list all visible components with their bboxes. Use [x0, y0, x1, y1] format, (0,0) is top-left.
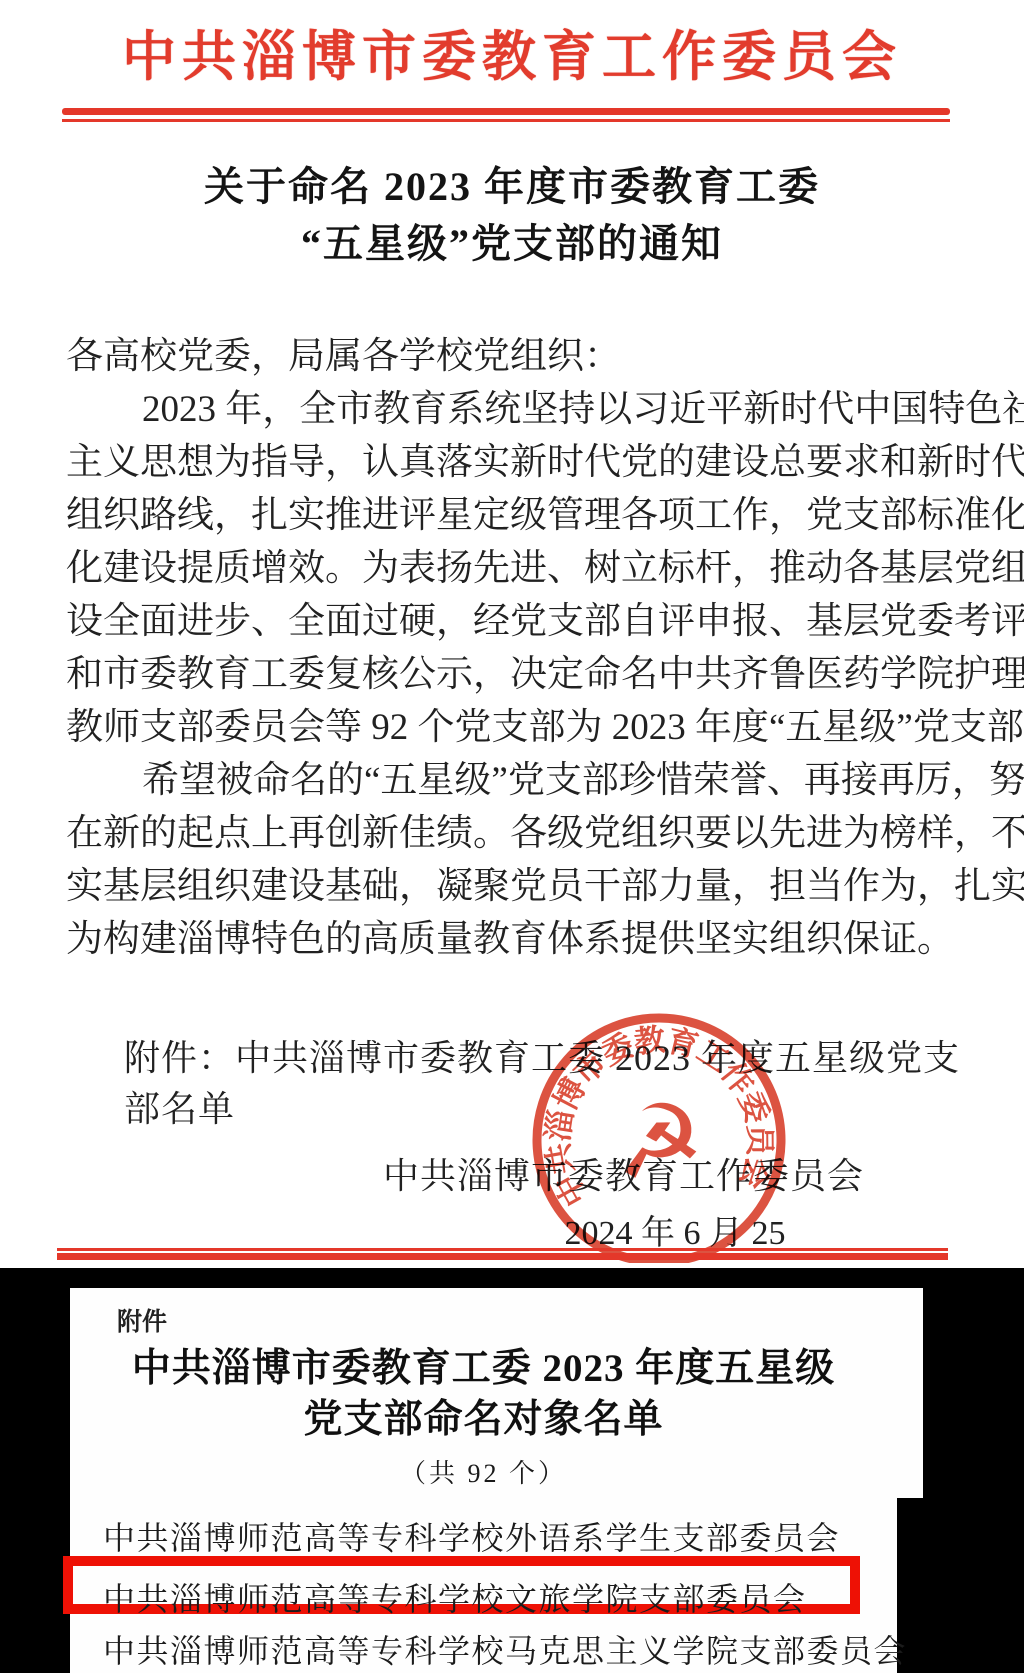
appendix-title-line1: 中共淄博市委教育工委 2023 年度五星级: [132, 1347, 836, 1390]
appendix-band: 附件 中共淄博市委教育工委 2023 年度五星级 党支部命名对象名单 （共 92…: [0, 1268, 1024, 1673]
body-line: 化建设提质增效。为表扬先进、树立标杆，推动各基层党组织建: [66, 542, 958, 595]
scanned-document: 中共淄博市委教育工作委员会 关于命名 2023 年度市委教育工委 “五星级”党支…: [0, 0, 1024, 1673]
notice-page: 中共淄博市委教育工作委员会 关于命名 2023 年度市委教育工委 “五星级”党支…: [0, 0, 1024, 1263]
body-line: 设全面进步、全面过硬，经党支部自评申报、基层党委考评推荐: [66, 595, 958, 648]
appendix-title-line2: 党支部命名对象名单: [303, 1398, 663, 1441]
letterhead-divider-thin: [62, 119, 950, 122]
notice-body: 各高校党委，局属各学校党组织： 2023 年，全市教育系统坚持以习近平新时代中国…: [66, 330, 958, 966]
footer-divider-thin: [57, 1248, 948, 1251]
letterhead-divider-thick: [62, 108, 950, 115]
body-line: 希望被命名的“五星级”党支部珍惜荣誉、再接再厉，努力: [66, 754, 958, 807]
official-seal-stamp: 中共淄博市委教育工作委员会 ☭: [514, 995, 804, 1263]
hammer-sickle-icon: ☭: [610, 1080, 708, 1203]
party-branch-item: 中共淄博师范高等专科学校外语系学生支部委员会: [103, 1513, 883, 1559]
appendix-count-note: （共 92 个）: [70, 1453, 897, 1490]
body-line: 和市委教育工委复核公示，决定命名中共齐鲁医药学院护理学院: [66, 648, 958, 701]
notice-title-line2: “五星级”党支部的通知: [301, 221, 723, 266]
salutation-line: 各高校党委，局属各学校党组织：: [66, 330, 958, 383]
letterhead-org-title: 中共淄博市委教育工作委员会: [0, 14, 1024, 91]
notice-title-line1: 关于命名 2023 年度市委教育工委: [204, 164, 820, 209]
footer-divider-thick: [57, 1253, 948, 1260]
body-line: 教师支部委员会等 92 个党支部为 2023 年度“五星级”党支部。: [66, 701, 958, 754]
appendix-page-edge: [897, 1288, 923, 1498]
appendix-title: 中共淄博市委教育工委 2023 年度五星级 党支部命名对象名单: [70, 1343, 897, 1445]
body-line: 主义思想为指导，认真落实新时代党的建设总要求和新时代党的: [66, 436, 958, 489]
appendix-page: 附件 中共淄博市委教育工委 2023 年度五星级 党支部命名对象名单 （共 92…: [70, 1288, 897, 1673]
body-line: 实基层组织建设基础，凝聚党员干部力量，担当作为，扎实工作，: [66, 860, 958, 913]
party-branch-item-highlighted: 中共淄博师范高等专科学校文旅学院支部委员会: [103, 1574, 883, 1620]
body-line: 在新的起点上再创新佳绩。各级党组织要以先进为榜样，不断夯: [66, 807, 958, 860]
appendix-label: 附件: [117, 1302, 167, 1338]
body-line: 2023 年，全市教育系统坚持以习近平新时代中国特色社会: [66, 383, 958, 436]
body-line: 组织路线，扎实推进评星定级管理各项工作，党支部标准化规范: [66, 489, 958, 542]
notice-title: 关于命名 2023 年度市委教育工委 “五星级”党支部的通知: [0, 158, 1024, 272]
party-branch-item: 中共淄博师范高等专科学校马克思主义学院支部委员会: [103, 1626, 883, 1672]
body-line: 为构建淄博特色的高质量教育体系提供坚实组织保证。: [66, 913, 958, 966]
